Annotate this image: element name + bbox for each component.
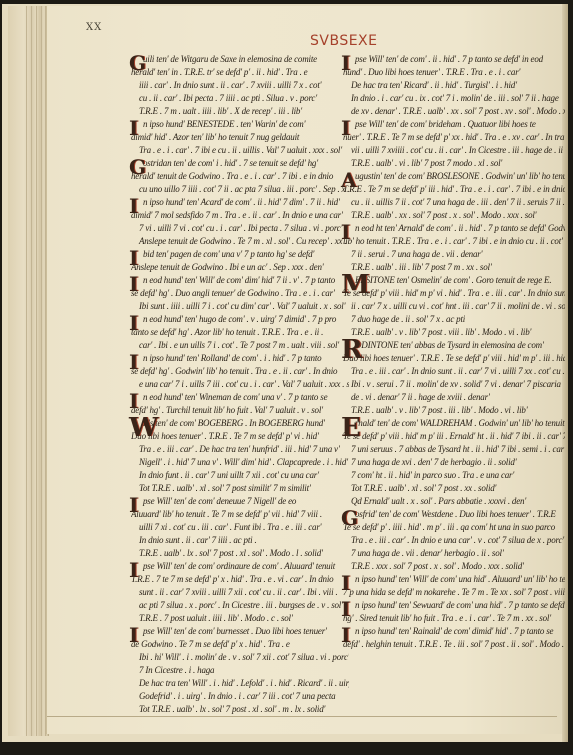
domesday-entry: Gostridan ten' de com' i . hid' . 7 se t… — [131, 157, 349, 196]
manuscript-line: Ibi sunt . iiii . uilli 7 i . cot' cu di… — [131, 300, 349, 313]
illuminated-initial: G — [129, 157, 146, 177]
illuminated-initial: I — [129, 196, 138, 216]
manuscript-line: tanto se defd' hg' . Azor lib' ho tenuit… — [131, 326, 349, 339]
manuscript-line: Tra . e . iii . car' . In dnio e una car… — [343, 534, 565, 547]
manuscript-line: 7 una haga de xvi . den' 7 de herbagio .… — [343, 456, 565, 469]
manuscript-line: pse Will' ten' de com' ordinaure de com'… — [131, 560, 349, 573]
manuscript-line: Tra . e . i . car' . 7 ibi e cu . ii . u… — [131, 144, 349, 157]
manuscript-line: In dnio . i . car' cu . ix . cot' 7 i . … — [343, 92, 565, 105]
illuminated-initial: I — [129, 313, 138, 333]
manuscript-line: pse Will' ten' de com' deneuue 7 Nigell'… — [131, 495, 349, 508]
manuscript-line: T.R.E . 7 m . ualt . iiii . lib' . X de … — [131, 105, 349, 118]
manuscript-line: Duo libi hoes tenuer' . T.R.E . Te se de… — [343, 352, 565, 365]
manuscript-line: ostridan ten' de com' i . hid' . 7 se te… — [131, 157, 349, 170]
manuscript-line: n ipso hund' ten' Acard' de com' . ii . … — [131, 196, 349, 209]
illuminated-initial: A — [341, 170, 357, 190]
manuscript-line: T.R.E . ualb' . v . lib' 7 post . viii .… — [343, 326, 565, 339]
illuminated-initial: I — [341, 222, 350, 242]
manuscript-line: Tot T.R.E . ualb' . xl . sol' 7 post sim… — [131, 482, 349, 495]
manuscript-line: T.R.E . Te 7 m se defd' p' iii . hid' . … — [343, 183, 565, 196]
domesday-entry: In eod hund' ten' Wineman de com' una v'… — [131, 391, 349, 417]
manuscript-line: bid ten' pagen de com' una v' 7 p tanto … — [131, 248, 349, 261]
illuminated-initial: I — [341, 573, 350, 593]
manuscript-line: n ipso hund' ten' Rolland' de com' . i .… — [131, 352, 349, 365]
manuscript-line: de xv . denar' . T.R.E . ualb' . xx . so… — [343, 105, 565, 118]
manuscript-line: Anslepe tenuit de Godwino . Te 7 m . xl … — [131, 235, 349, 248]
manuscript-line: Tot T.R.E . ualb' . xl . sol' 7 post . x… — [343, 482, 565, 495]
manuscript-line: uilli 7 xi . cot' cu . iii . car' . Funt… — [131, 521, 349, 534]
manuscript-line: e una car' 7 i . uills 7 iii . cot' cu .… — [131, 378, 349, 391]
illuminated-initial: I — [129, 118, 138, 138]
domesday-entry: In ipso hund' BENESTEDE . ten' Warin' de… — [131, 118, 349, 157]
manuscript-line: hund' . Duo libi hoes tenuer' . T.R.E . … — [343, 66, 565, 79]
domesday-entry: In eod hund' ten' Will' de com' dim' hid… — [131, 274, 349, 313]
manuscript-line: ugustin' ten' de com' BROSLESONE . Godwi… — [343, 170, 565, 183]
manuscript-line: n eod hund' ten' Wineman de com' una v' … — [131, 391, 349, 404]
illuminated-initial: I — [129, 352, 138, 372]
manuscript-line: T.R.E . ualb' . lx . sol' 7 post . xl . … — [131, 547, 349, 560]
domesday-entry: Ipse Will' ten' de com' deneuue 7 Nigell… — [131, 495, 349, 560]
manuscript-line: ac pti 7 silua . x . porc' . In Cicestre… — [131, 599, 349, 612]
manuscript-line: Tra . e . iii . car' . In dnio sunt . ii… — [343, 365, 565, 378]
manuscript-line: n eod ht ten' Arnald' de com' . ii . hid… — [343, 222, 565, 235]
domesday-entry: RODINTONE ten' abbas de Tysard in elemos… — [343, 339, 565, 417]
manuscript-line: n eod hund' ten' hugo de com' . v . uirg… — [131, 313, 349, 326]
domesday-entry: In ipso hund' ten' Will' de com' una hid… — [343, 573, 565, 599]
manuscript-line: iiii . car' . In dnio sunt . ii . car' .… — [131, 79, 349, 92]
domesday-entry: Gosfrid' ten' de com' Westdene . Duo lib… — [343, 508, 565, 573]
manuscript-line: T.R.E . ualb' . v . lib' 7 post . iii . … — [343, 404, 565, 417]
domesday-entry: Ernald' ten' de com' WALDREHAM . Godwin'… — [343, 417, 565, 508]
illuminated-initial: I — [341, 118, 350, 138]
manuscript-line: Nigell' . i . hid' 7 una v' . Will' dim'… — [131, 456, 349, 469]
manuscript-line: In dnio sunt . ii . car' 7 iiii . ac pti… — [131, 534, 349, 547]
manuscript-line: Ibi . hi' Will' . i . molin' de . v . so… — [131, 651, 349, 664]
manuscript-line: hg' . Sired tenuit lib' ho fuit . Tra . … — [343, 612, 565, 625]
domesday-entry: In ipso hund' ten' Rolland' de com' . i … — [131, 352, 349, 391]
manuscript-line: dimid' hid' . Azor ten' lib' ho tenuit 7… — [131, 131, 349, 144]
domesday-entry: Ipse Will' ten' de com' . ii . hid' . 7 … — [343, 53, 565, 118]
manuscript-line: Tot T.R.E . ualb' . lx . sol' 7 post . x… — [131, 703, 349, 716]
illuminated-initial: I — [341, 625, 350, 645]
manuscript-line: n ipso hund' ten' Rainald' de com' dimid… — [343, 625, 565, 638]
manuscript-line: ii . car' 7 x . uilli cu vi . cot' hnt .… — [343, 300, 565, 313]
manuscript-line: ODINTONE ten' abbas de Tysard in elemosi… — [343, 339, 565, 352]
domesday-entry: Guili ten' de Witgaru de Saxe in elemosi… — [131, 53, 349, 118]
manuscript-line: de Godwino . Te 7 m se defd' p' x . hid'… — [131, 638, 349, 651]
manuscript-line: T.R.E . ualb' . vi . lib' 7 post 7 modo … — [343, 157, 565, 170]
manuscript-line: pse Will' ten' de com' burnesset . Duo l… — [131, 625, 349, 638]
manuscript-line: herald' ten' in . T.R.E. tr' se defd' p'… — [131, 66, 349, 79]
manuscript-line: In dnio funt . ii . car' 7 uni uillt 7 x… — [131, 469, 349, 482]
manuscript-line: 7 com' ht . ii . hid' in parco suo . Tra… — [343, 469, 565, 482]
manuscript-line: n ipso hund' ten' Will' de com' una hid'… — [343, 573, 565, 586]
manuscript-line: pse Will' ten' de com' . ii . hid' . 7 p… — [343, 53, 565, 66]
manuscript-line: Tra . e . iii . car' . De hac tra ten' h… — [131, 443, 349, 456]
manuscript-line: n ipso hund' ten' Sewuard' de com' una h… — [343, 599, 565, 612]
left-column: Guili ten' de Witgaru de Saxe in elemosi… — [131, 53, 349, 716]
illuminated-initial: I — [129, 495, 138, 515]
manuscript-line: Te se defd' p' . iiii . hid' . m p' . ii… — [343, 521, 565, 534]
illuminated-initial: G — [129, 53, 146, 73]
manuscript-line: n eod hund' ten' Will' de com' dim' hid'… — [131, 274, 349, 287]
manuscript-line: defd' hg' . Turchil tenuit lib' ho fuit … — [131, 404, 349, 417]
illuminated-initial: I — [341, 599, 350, 619]
illuminated-initial: I — [129, 560, 138, 580]
manuscript-line: T.R.E . 7 post ualuit . iiii . lib' . Mo… — [131, 612, 349, 625]
manuscript-line: n ipso hund' BENESTEDE . ten' Warin' de … — [131, 118, 349, 131]
domesday-entry: In eod ht ten' Arnald' de com' . ii . hi… — [343, 222, 565, 274]
illuminated-initial: W — [129, 415, 158, 441]
manuscript-line: De hac tra ten' Will' . i . hid' . Lefol… — [131, 677, 349, 690]
manuscript-line: sunt . ii . car' 7 xviii . uilli 7 xii .… — [131, 586, 349, 599]
illuminated-initial: I — [341, 53, 350, 73]
manuscript-line: pse Will' ten' de com' brideham . Quatuo… — [343, 118, 565, 131]
manuscript-line: 7 ii . serui . 7 una haga de . vii . den… — [343, 248, 565, 261]
illuminated-initial: M — [341, 272, 370, 298]
manuscript-line: Qd Ernald' ualt . x . sol' . Pars abbati… — [343, 495, 565, 508]
domesday-entry: Wills ten' de com' BOGEBERG . In BOGEBER… — [131, 417, 349, 495]
manuscript-line: T.R.E . xxx . sol' 7 post . x . sol' . M… — [343, 560, 565, 573]
manuscript-line: car' . Ibi . e un uills 7 i . cot' . Te … — [131, 339, 349, 352]
manuscript-line: dimid' 7 mol sedsfido 7 m . Tra . e . ii… — [131, 209, 349, 222]
illuminated-initial: E — [341, 415, 361, 441]
manuscript-line: 7 una haga de . vii . denar' herbagio . … — [343, 547, 565, 560]
domesday-entry: In ipso hund' ten' Acard' de com' . ii .… — [131, 196, 349, 248]
right-column: Ipse Will' ten' de com' . ii . hid' . 7 … — [343, 53, 565, 651]
domesday-entry: MERSITONE ten' Osmelin' de com' . Goro t… — [343, 274, 565, 339]
manuscript-line: Aluuard' lib' ho tenuit . Te 7 m se defd… — [131, 508, 349, 521]
manuscript-line: Duo libi hoes tenuer' . T.R.E . Te 7 m s… — [131, 430, 349, 443]
folio-number: XX — [86, 22, 102, 33]
page-stack-edge — [8, 6, 49, 736]
illuminated-initial: I — [129, 391, 138, 411]
manuscript-line: osfrid' ten' de com' Westdene . Duo libi… — [343, 508, 565, 521]
manuscript-line: Anslepe tenuit de Godwino . Ibi e un ac'… — [131, 261, 349, 274]
illuminated-initial: I — [129, 625, 138, 645]
county-heading: SVBSEXE — [310, 33, 378, 49]
manuscript-line: se defd' hg' . Godwin' lib' ho tenuit . … — [131, 365, 349, 378]
manuscript-line: Ibi . v . serui . 7 ii . molin' de xv . … — [343, 378, 565, 391]
page-bottom-edge — [47, 716, 557, 717]
domesday-entry: Augustin' ten' de com' BROSLESONE . Godw… — [343, 170, 565, 222]
manuscript-line: T.R.E . ualb' . xx . sol' 7 post . x . s… — [343, 209, 565, 222]
manuscript-line: 7 p una hida se defd' m nokarehe . Te 7 … — [343, 586, 565, 599]
manuscript-line: Te se defd' p' viii . hid' m p' vi . hid… — [343, 287, 565, 300]
manuscript-line: 7 In Cicestre . i . haga — [131, 664, 349, 677]
domesday-entry: Ipse Will' ten' de com' burnesset . Duo … — [131, 625, 349, 716]
illuminated-initial: I — [129, 274, 138, 294]
manuscript-line: ills ten' de com' BOGEBERG . In BOGEBERG… — [131, 417, 349, 430]
domesday-entry: In eod hund' ten' hugo de com' . v . uir… — [131, 313, 349, 352]
manuscript-line: herald' tenuit de Godwino . Tra . e . i … — [131, 170, 349, 183]
manuscript-line: 7 uni seruus . 7 abbas de Tysard ht . ii… — [343, 443, 565, 456]
domesday-entry: In ipso hund' ten' Sewuard' de com' una … — [343, 599, 565, 625]
domesday-entry: Ipse Will' ten' de com' brideham . Quatu… — [343, 118, 565, 170]
manuscript-line: 7 vi . uilli 7 vi . cot' cu . i . car' .… — [131, 222, 349, 235]
illuminated-initial: I — [129, 248, 138, 268]
manuscript-line: De hac tra ten' Ricard' . ii . hid' . Tu… — [343, 79, 565, 92]
domesday-entry: Ipse Will' ten' de com' ordinaure de com… — [131, 560, 349, 625]
manuscript-line: Te se defd' p' viii . hid' m p' iii . Er… — [343, 430, 565, 443]
manuscript-line: defd' . helghin tenuit . T.R.E . Te . ii… — [343, 638, 565, 651]
illuminated-initial: R — [341, 337, 363, 363]
manuscript-line: T.R.E . ualb' . iii . lib' 7 post 7 m . … — [343, 261, 565, 274]
manuscript-line: cu . ii . uillis 7 ii . cot' 7 una haga … — [343, 196, 565, 209]
manuscript-line: ERSITONE ten' Osmelin' de com' . Goro te… — [343, 274, 565, 287]
manuscript-line: vii . uilli 7 xviiii . cot' cu . ii . ca… — [343, 144, 565, 157]
manuscript-line: de . vi . denar' 7 ii . hage de xviii . … — [343, 391, 565, 404]
manuscript-line: se defd' hg' . Duo angli tenuer' de Godw… — [131, 287, 349, 300]
manuscript-line: cu uno uillo 7 iiii . cot' 7 ii . ac pta… — [131, 183, 349, 196]
domesday-entry: Ibid ten' pagen de com' una v' 7 p tanto… — [131, 248, 349, 274]
illuminated-initial: G — [341, 508, 358, 528]
manuscript-line: Godefrid' . i . uirg' . In dnio . i . ca… — [131, 690, 349, 703]
manuscript-line: lib' ho tenuit . T.R.E . Tra . e . i . c… — [343, 235, 565, 248]
manuscript-line: nuer' . T.R.E . Te 7 m se defd' p' xx . … — [343, 131, 565, 144]
domesday-entry: In ipso hund' ten' Rainald' de com' dimi… — [343, 625, 565, 651]
manuscript-line: T.R.E . 7 te 7 m se defd' p' x . hid' . … — [131, 573, 349, 586]
manuscript-line: cu . ii . car' . Ibi pecta . 7 iiii . ac… — [131, 92, 349, 105]
manuscript-line: uili ten' de Witgaru de Saxe in elemosin… — [131, 53, 349, 66]
manuscript-line: rnald' ten' de com' WALDREHAM . Godwin' … — [343, 417, 565, 430]
manuscript-line: 7 duo hage de . ii . sol' 7 x . ac pti — [343, 313, 565, 326]
